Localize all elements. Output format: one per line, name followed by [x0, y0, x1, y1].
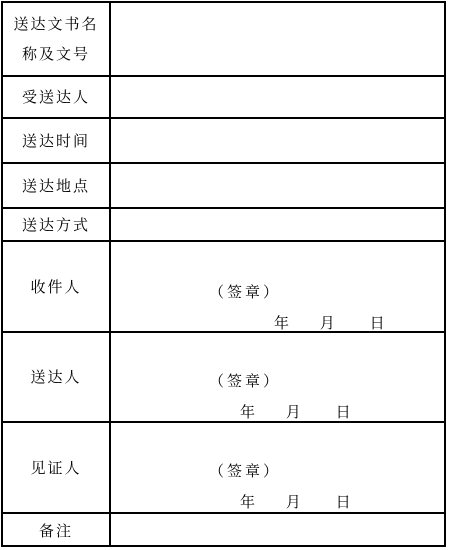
date-year: 年 [240, 401, 255, 422]
label-witness: 见证人 [3, 423, 111, 512]
date-day: 日 [336, 401, 351, 422]
signature-seal-text: （签章） [209, 370, 281, 391]
signature-seal-text: （签章） [209, 460, 281, 481]
label-service-method: 送达方式 [3, 209, 111, 240]
field-service-method[interactable] [111, 209, 444, 240]
date-month: 月 [320, 312, 335, 333]
date-month: 月 [286, 491, 301, 512]
label-document-name-line2: 称及文号 [22, 39, 90, 69]
row-service-time: 送达时间 [3, 117, 444, 162]
date-year: 年 [274, 312, 289, 333]
signature-date: 年 月 日 [240, 491, 351, 512]
label-service-time: 送达时间 [3, 119, 111, 162]
field-service-location[interactable] [111, 164, 444, 207]
field-recipient[interactable] [111, 77, 444, 117]
field-service-time[interactable] [111, 119, 444, 162]
signature-seal-text: （签章） [209, 281, 281, 302]
field-document-name[interactable] [111, 3, 444, 75]
label-document-name-line1: 送达文书名 [13, 9, 98, 39]
row-server: 送达人 （签章） 年 月 日 [3, 331, 444, 421]
service-receipt-form: 送达文书名 称及文号 受送达人 送达时间 送达地点 送达方式 收件人 （签章） … [1, 1, 446, 547]
row-receiver: 收件人 （签章） 年 月 日 [3, 240, 444, 331]
row-service-method: 送达方式 [3, 207, 444, 240]
label-document-name: 送达文书名 称及文号 [3, 3, 111, 75]
row-service-location: 送达地点 [3, 162, 444, 207]
field-receiver-signature[interactable]: （签章） 年 月 日 [111, 242, 444, 331]
label-remarks: 备注 [3, 514, 111, 547]
field-server-signature[interactable]: （签章） 年 月 日 [111, 333, 444, 421]
row-remarks: 备注 [3, 512, 444, 547]
label-recipient: 受送达人 [3, 77, 111, 117]
field-remarks[interactable] [111, 514, 444, 547]
date-year: 年 [240, 491, 255, 512]
label-server: 送达人 [3, 333, 111, 421]
field-witness-signature[interactable]: （签章） 年 月 日 [111, 423, 444, 512]
row-document-name: 送达文书名 称及文号 [3, 3, 444, 75]
date-day: 日 [336, 491, 351, 512]
row-recipient: 受送达人 [3, 75, 444, 117]
date-day: 日 [370, 312, 385, 333]
signature-date: 年 月 日 [240, 401, 351, 422]
date-month: 月 [286, 401, 301, 422]
label-service-location: 送达地点 [3, 164, 111, 207]
signature-date: 年 月 日 [274, 312, 385, 333]
label-receiver: 收件人 [3, 242, 111, 331]
row-witness: 见证人 （签章） 年 月 日 [3, 421, 444, 512]
